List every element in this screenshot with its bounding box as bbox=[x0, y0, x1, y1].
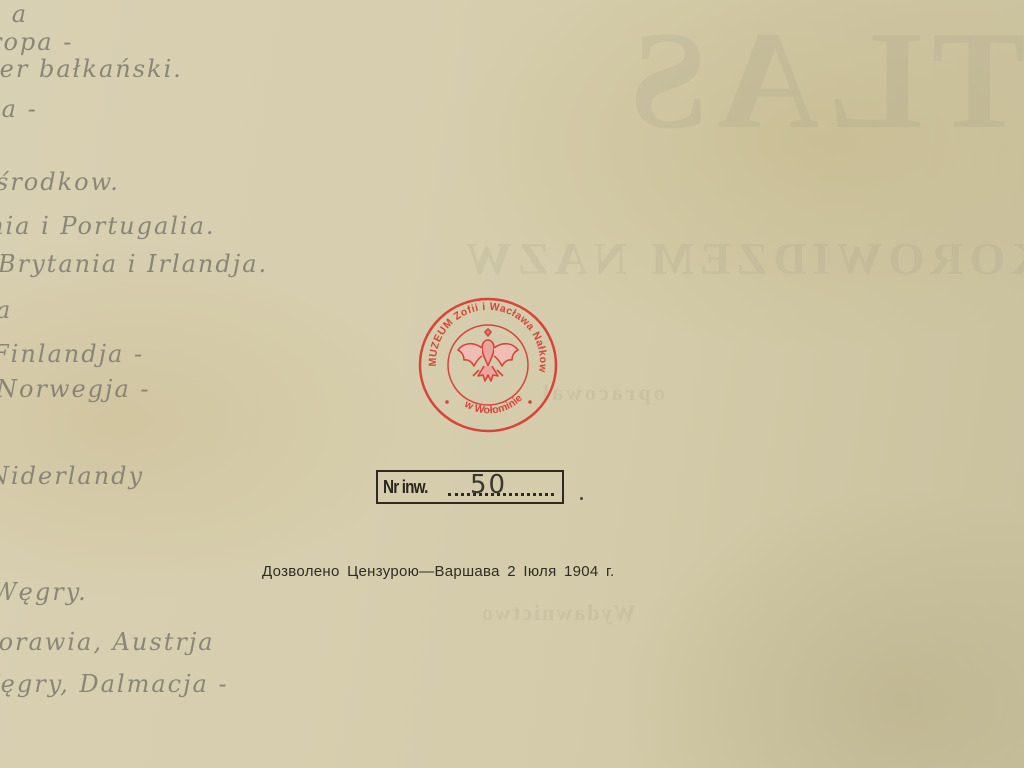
handwritten-note: Finlandja - bbox=[0, 340, 144, 368]
svg-text:MUZEUM Zofii i Wacława Nałkows: MUZEUM Zofii i Wacława Nałkowskich bbox=[417, 296, 549, 374]
bleed-through-lower-line: Wydawnictwo bbox=[480, 600, 636, 626]
handwritten-note: - a bbox=[0, 0, 28, 28]
handwritten-note: Węgry. bbox=[0, 578, 88, 606]
handwritten-note: środkow. bbox=[0, 168, 120, 196]
bleed-through-subtitle: ZE SKOROWIDZEM NAZW bbox=[460, 232, 1024, 285]
handwritten-note: ia - bbox=[0, 95, 38, 123]
museum-stamp-graphic: MUZEUM Zofii i Wacława Nałkowskich w Woł… bbox=[417, 296, 559, 434]
bleed-through-title: ATLAS bbox=[620, 0, 1024, 161]
inventory-number-stamp: Nr inw. 50 bbox=[376, 470, 564, 504]
handwritten-note: ier bałkański. bbox=[0, 55, 183, 83]
eagle-icon bbox=[458, 329, 518, 381]
ink-dot bbox=[580, 497, 583, 500]
inventory-label: Nr inw. bbox=[383, 477, 427, 498]
inventory-number: 50 bbox=[470, 470, 507, 500]
stamp-text-bottom: w Wołominie bbox=[462, 392, 525, 416]
censorship-approval-note: Дозволено Цензурою—Варшава 2 Іюля 1904 г… bbox=[262, 563, 614, 580]
handwritten-note: Szwajcarja bbox=[0, 296, 12, 324]
stamp-text-top: MUZEUM Zofii i Wacława Nałkowskich bbox=[417, 296, 549, 374]
svg-text:w Wołominie: w Wołominie bbox=[462, 392, 525, 416]
handwritten-note: nia i Portugalia. bbox=[0, 212, 216, 240]
museum-stamp: MUZEUM Zofii i Wacława Nałkowskich w Woł… bbox=[417, 296, 559, 434]
handwritten-note: Niderlandy bbox=[0, 462, 144, 490]
handwritten-note: Morawia, Austrja bbox=[0, 628, 215, 656]
handwritten-note: ropa - bbox=[0, 28, 73, 56]
handwritten-note: Norwegja - bbox=[0, 375, 151, 403]
handwritten-note: Brytania i Irlandja. bbox=[0, 250, 268, 278]
document-page: ATLAS ZE SKOROWIDZEM NAZW opracował Wyda… bbox=[0, 0, 1024, 768]
handwritten-note: Węgry, Dalmacja - bbox=[0, 670, 229, 698]
